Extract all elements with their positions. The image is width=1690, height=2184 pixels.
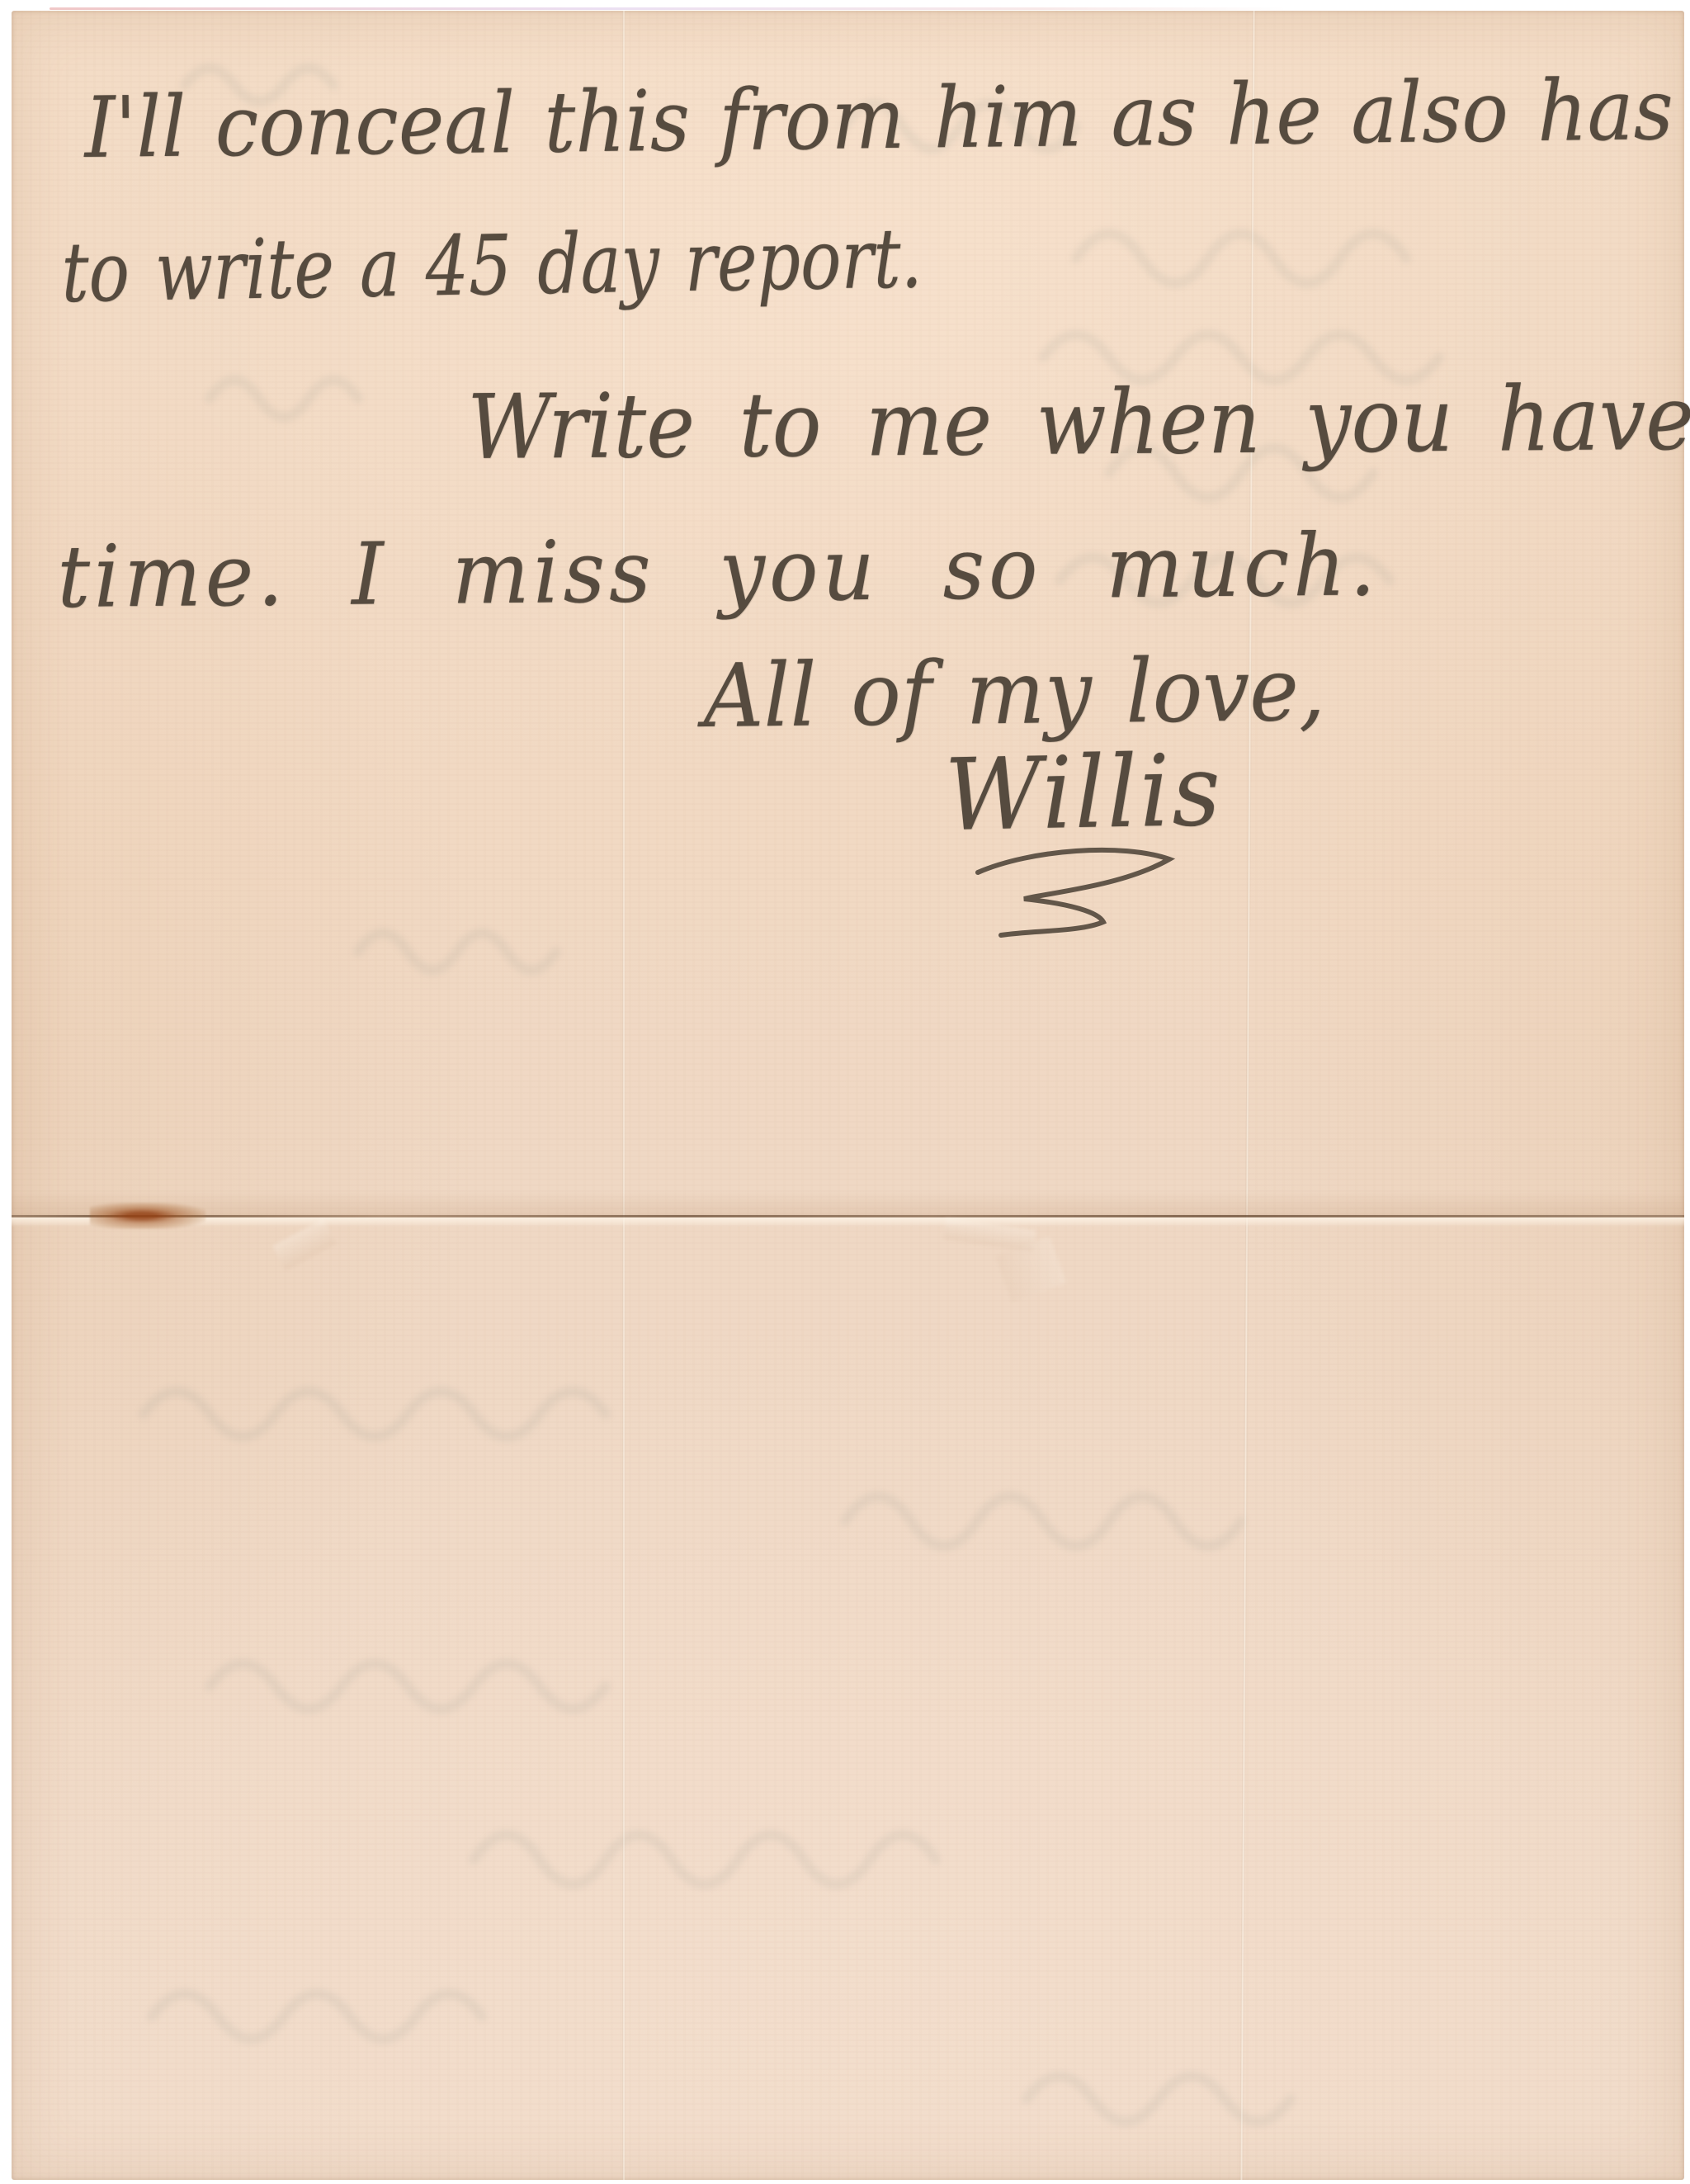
letter-line-2: to write a 45 day report. xyxy=(61,217,923,314)
horizontal-fold-shadow xyxy=(12,1191,1684,1215)
letter-line-4: time. I miss you so much. xyxy=(57,522,1380,620)
paper-wrinkle xyxy=(995,1236,1066,1302)
vertical-fold-crease-right xyxy=(1239,11,1255,2180)
letter-line-3: Write to me when you have xyxy=(467,375,1690,473)
vertical-fold-crease-left xyxy=(622,11,625,2180)
letter-signature: Willis xyxy=(944,742,1224,846)
signature-flourish xyxy=(973,838,1187,962)
bleed-through-ghost-writing xyxy=(12,11,1687,2182)
letter-closing: All of my love, xyxy=(703,646,1325,740)
horizontal-fold-highlight xyxy=(12,1217,1684,1227)
scanned-letter-canvas: I'll conceal this from him as he also ha… xyxy=(0,0,1690,2184)
paper-wrinkle xyxy=(943,1217,1036,1251)
letter-line-1: I'll conceal this from him as he also ha… xyxy=(84,69,1673,171)
rust-stain xyxy=(90,1203,205,1229)
paper-wrinkle xyxy=(272,1219,337,1271)
scan-edge-artifact xyxy=(50,7,1287,10)
horizontal-fold-crease xyxy=(12,1215,1684,1217)
letter-paper: I'll conceal this from him as he also ha… xyxy=(12,11,1684,2180)
